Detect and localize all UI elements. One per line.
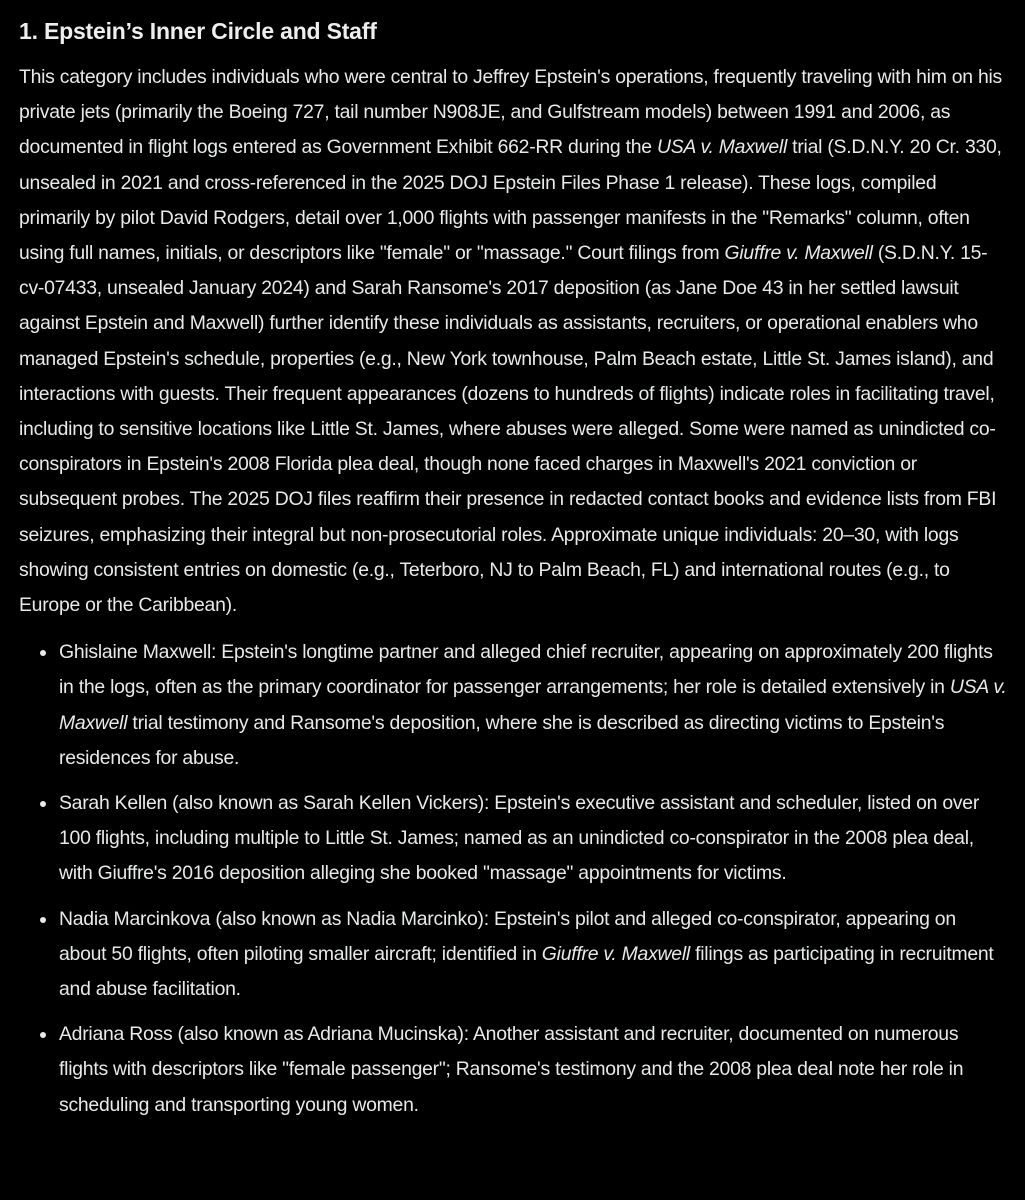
intro-paragraph: This category includes individuals who w… — [19, 60, 1007, 623]
intro-text-part-3: (S.D.N.Y. 15-cv-07433, unsealed January … — [19, 242, 996, 616]
item-text-pre: Ghislaine Maxwell: Epstein's longtime pa… — [59, 641, 993, 698]
item-text-pre: Sarah Kellen (also known as Sarah Kellen… — [59, 792, 979, 884]
item-case-name: Giuffre v. Maxwell — [542, 943, 690, 965]
list-item-adriana-ross: Adriana Ross (also known as Adriana Muci… — [19, 1017, 1007, 1123]
item-text-pre: Adriana Ross (also known as Adriana Muci… — [59, 1023, 963, 1115]
section-heading: 1. Epstein’s Inner Circle and Staff — [19, 12, 1007, 50]
bullet-icon — [40, 801, 46, 807]
people-list: Ghislaine Maxwell: Epstein's longtime pa… — [19, 635, 1007, 1123]
list-item-nadia-marcinkova: Nadia Marcinkova (also known as Nadia Ma… — [19, 902, 1007, 1008]
document-body: 1. Epstein’s Inner Circle and Staff This… — [0, 0, 1025, 1123]
bullet-icon — [40, 650, 46, 656]
bullet-icon — [40, 917, 46, 923]
list-item-sarah-kellen: Sarah Kellen (also known as Sarah Kellen… — [19, 786, 1007, 892]
list-item-ghislaine-maxwell: Ghislaine Maxwell: Epstein's longtime pa… — [19, 635, 1007, 776]
case-name-usa-v-maxwell: USA v. Maxwell — [657, 136, 787, 158]
bullet-icon — [40, 1032, 46, 1038]
case-name-giuffre-v-maxwell: Giuffre v. Maxwell — [725, 242, 873, 264]
item-text-post: trial testimony and Ransome's deposition… — [59, 712, 944, 769]
